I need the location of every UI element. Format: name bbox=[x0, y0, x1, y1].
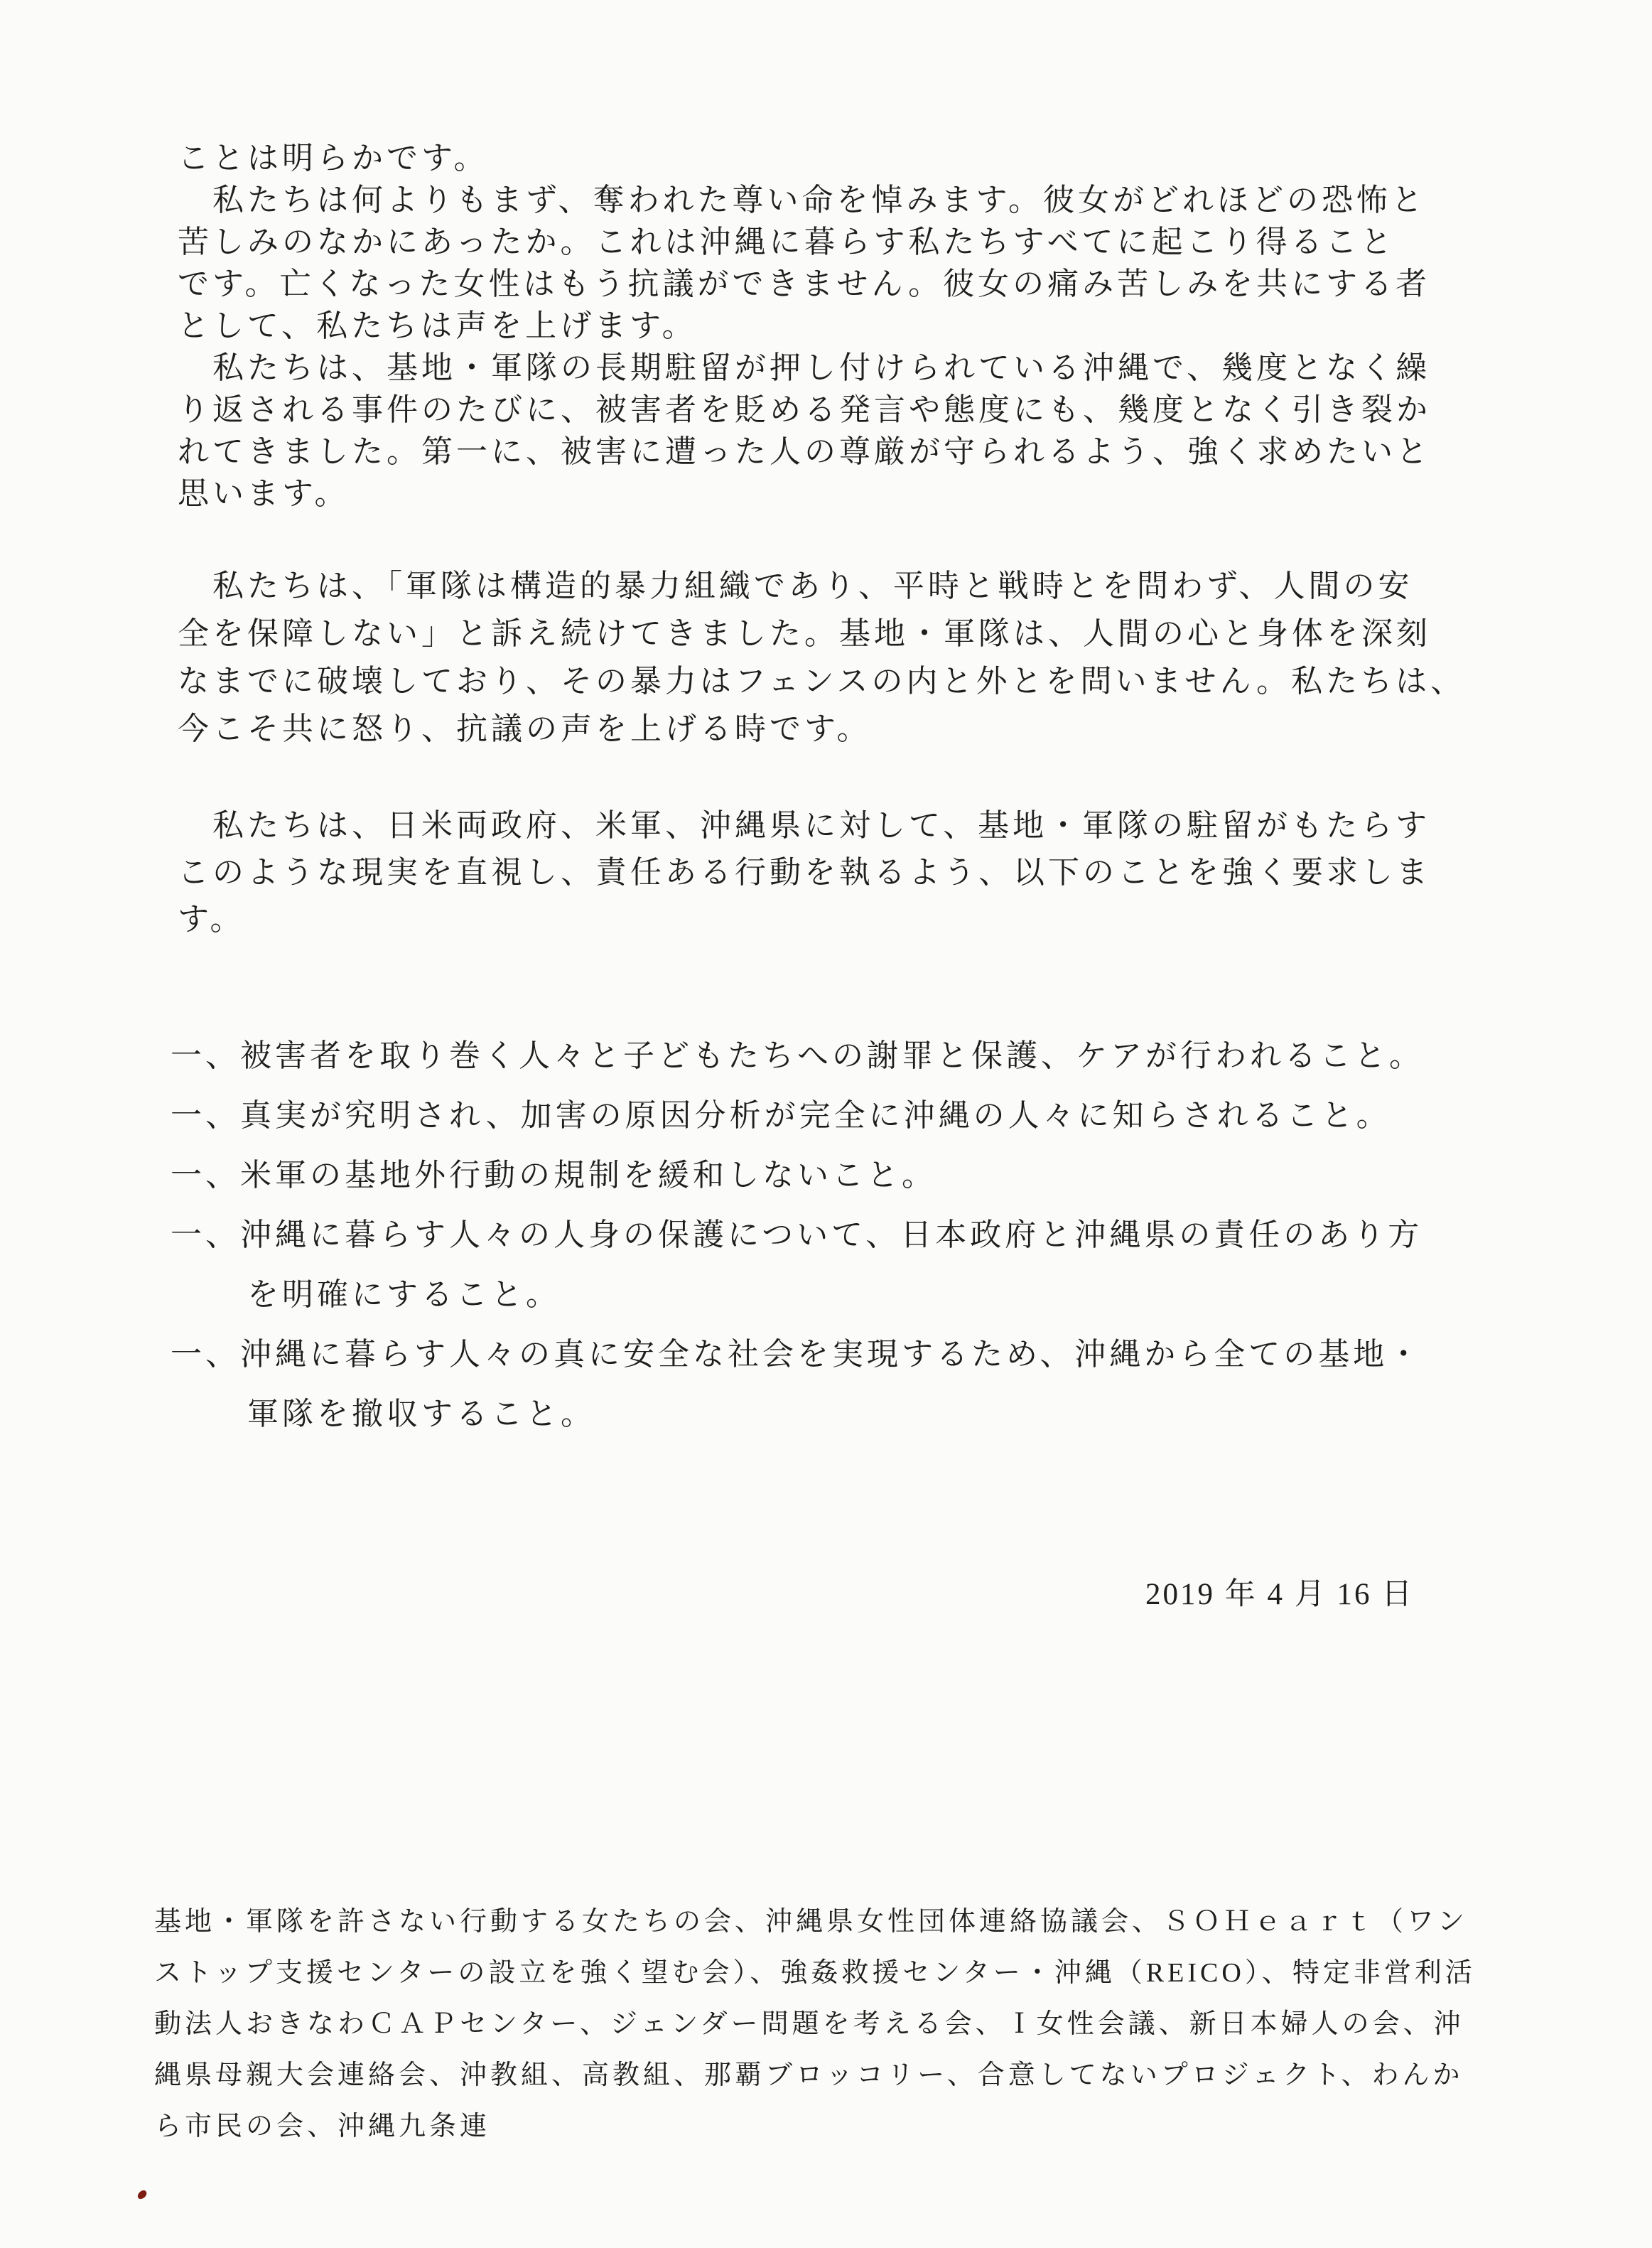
text-line: 動法人おきなわＣＡＰセンター、ジェンダー問題を考える会、Ｉ女性会議、新日本婦人の… bbox=[154, 1999, 1476, 2050]
text-line: 私たちは、基地・軍隊の長期駐留が押し付けられている沖縄で、幾度となく繰 bbox=[178, 347, 1431, 389]
text-line: 私たちは何よりもまず、奪われた尊い命を悼みます。彼女がどれほどの恐怖と bbox=[178, 179, 1431, 221]
text-line: 全を保障しない」と訴え続けてきました。基地・軍隊は、人間の心と身体を深刻 bbox=[178, 610, 1465, 657]
text-line: ストップ支援センターの設立を強く望む会）、強姦救援センター・沖縄（REICO）、… bbox=[154, 1947, 1476, 1999]
date-line: 2019 年 4 月 16 日 bbox=[1145, 1575, 1414, 1615]
text-line: として、私たちは声を上げます。 bbox=[178, 305, 1431, 347]
demand-item: 一、米軍の基地外行動の規制を緩和しないこと。 bbox=[171, 1146, 1424, 1205]
text-line: 一、被害者を取り巻く人々と子どもたちへの謝罪と保護、ケアが行われること。 bbox=[171, 1026, 1424, 1086]
paragraph-block-demand-intro: 私たちは、日米両政府、米軍、沖縄県に対して、基地・軍隊の駐留がもたらすこのような… bbox=[178, 802, 1431, 943]
text-line: なまでに破壊しており、その暴力はフェンスの内と外とを問いません。私たちは、 bbox=[178, 657, 1465, 705]
text-line: です。亡くなった女性はもう抗議ができません。彼女の痛み苦しみを共にする者 bbox=[178, 263, 1431, 305]
text-line: り返される事件のたびに、被害者を貶める発言や態度にも、幾度となく引き裂か bbox=[178, 389, 1431, 431]
text-line: ら市民の会、沖縄九条連 bbox=[154, 2101, 1476, 2152]
demand-item: 一、沖縄に暮らす人々の真に安全な社会を実現するため、沖縄から全ての基地・軍隊を撤… bbox=[171, 1325, 1424, 1444]
demands-list: 一、被害者を取り巻く人々と子どもたちへの謝罪と保護、ケアが行われること。一、真実… bbox=[171, 1026, 1424, 1444]
text-line: ことは明らかです。 bbox=[178, 137, 1431, 179]
text-line: 基地・軍隊を許さない行動する女たちの会、沖縄県女性団体連絡協議会、ＳＯＨｅａｒｔ… bbox=[154, 1896, 1476, 1947]
scanned-document-page: ことは明らかです。 私たちは何よりもまず、奪われた尊い命を悼みます。彼女がどれほ… bbox=[0, 0, 1652, 2248]
text-line: 苦しみのなかにあったか。これは沖縄に暮らす私たちすべてに起こり得ること bbox=[178, 221, 1431, 263]
text-line: 縄県母親大会連絡会、沖教組、高教組、那覇ブロッコリー、合意してないプロジェクト、… bbox=[154, 2050, 1476, 2101]
demand-item: 一、真実が究明され、加害の原因分析が完全に沖縄の人々に知らされること。 bbox=[171, 1086, 1424, 1146]
demand-item: 一、被害者を取り巻く人々と子どもたちへの謝罪と保護、ケアが行われること。 bbox=[171, 1026, 1424, 1086]
text-line: 一、沖縄に暮らす人々の人身の保護について、日本政府と沖縄県の責任のあり方 bbox=[171, 1205, 1424, 1265]
signatories-block: 基地・軍隊を許さない行動する女たちの会、沖縄県女性団体連絡協議会、ＳＯＨｅａｒｔ… bbox=[154, 1896, 1476, 2152]
text-line: 私たちは、「軍隊は構造的暴力組織であり、平時と戦時とを問わず、人間の安 bbox=[178, 562, 1465, 610]
text-line: このような現実を直視し、責任ある行動を執るよう、以下のことを強く要求しま bbox=[178, 849, 1431, 896]
text-line: 一、米軍の基地外行動の規制を緩和しないこと。 bbox=[171, 1146, 1424, 1205]
demand-item: 一、沖縄に暮らす人々の人身の保護について、日本政府と沖縄県の責任のあり方を明確に… bbox=[171, 1205, 1424, 1325]
text-line: 一、真実が究明され、加害の原因分析が完全に沖縄の人々に知らされること。 bbox=[171, 1086, 1424, 1146]
paragraph-block-military-violence: 私たちは、「軍隊は構造的暴力組織であり、平時と戦時とを問わず、人間の安全を保障し… bbox=[178, 562, 1465, 753]
text-line: 軍隊を撤収すること。 bbox=[247, 1384, 1424, 1444]
text-line: 一、沖縄に暮らす人々の真に安全な社会を実現するため、沖縄から全ての基地・ bbox=[171, 1325, 1424, 1384]
text-line: 思います。 bbox=[178, 473, 1431, 515]
text-line: れてきました。第一に、被害に遭った人の尊厳が守られるよう、強く求めたいと bbox=[178, 431, 1431, 473]
red-ink-speck bbox=[136, 2189, 148, 2200]
text-line: 私たちは、日米両政府、米軍、沖縄県に対して、基地・軍隊の駐留がもたらす bbox=[178, 802, 1431, 849]
text-line: 今こそ共に怒り、抗議の声を上げる時です。 bbox=[178, 705, 1465, 753]
text-line: を明確にすること。 bbox=[247, 1265, 1424, 1325]
text-line: す。 bbox=[178, 896, 1431, 943]
paragraph-block-opening: ことは明らかです。 私たちは何よりもまず、奪われた尊い命を悼みます。彼女がどれほ… bbox=[178, 137, 1431, 515]
